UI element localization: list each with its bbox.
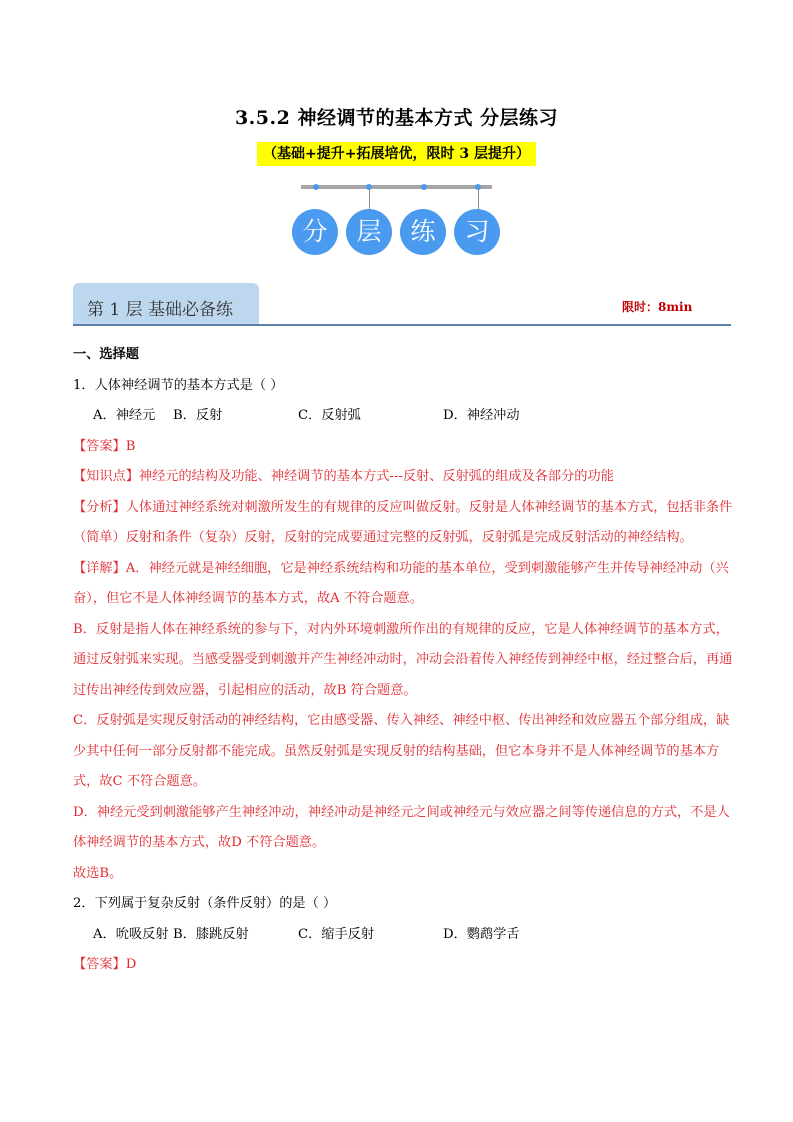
- question-stem: 2．下列属于复杂反射（条件反射）的是（ ）: [73, 889, 733, 920]
- section-heading: 一、选择题: [73, 340, 733, 371]
- knowledge-point: 【知识点】神经元的结构及功能、神经调节的基本方式---反射、反射弧的组成及各部分…: [73, 462, 733, 493]
- conclusion: 故选B。: [73, 859, 733, 890]
- banner-stem: [478, 188, 479, 210]
- banner-circle-lian: 练: [400, 209, 446, 255]
- question-stem: 1．人体神经调节的基本方式是（ ）: [73, 371, 733, 402]
- option-c: C．缩手反射: [298, 920, 443, 951]
- answer: 【答案】B: [73, 432, 733, 463]
- option-a: A．吮吸反射: [93, 920, 173, 951]
- page-title: 3.5.2 神经调节的基本方式 分层练习: [0, 103, 793, 130]
- detail-a: 【详解】A．神经元就是神经细胞，它是神经系统结构和功能的基本单位，受到刺激能够产…: [73, 554, 733, 615]
- banner-circle-fen: 分: [292, 209, 338, 255]
- option-a: A．神经元: [93, 401, 173, 432]
- question-options: A．神经元 B．反射 C．反射弧 D．神经冲动: [73, 401, 733, 432]
- detail-d: D．神经元受到刺激能够产生神经冲动，神经冲动是神经元之间或神经元与效应器之间等传…: [73, 798, 733, 859]
- option-d: D．鹦鹉学舌: [443, 920, 563, 951]
- time-limit: 限时：8min: [622, 298, 692, 315]
- layer-tab-label: 第 1 层 基础必备练: [87, 295, 233, 320]
- banner-circle-ceng: 层: [346, 209, 392, 255]
- option-c: C．反射弧: [298, 401, 443, 432]
- banner-bar: [301, 185, 492, 189]
- option-b: B．膝跳反射: [173, 920, 298, 951]
- question-2: 2．下列属于复杂反射（条件反射）的是（ ） A．吮吸反射 B．膝跳反射 C．缩手…: [73, 889, 733, 981]
- section-divider: [73, 324, 731, 326]
- detail-c: C．反射弧是实现反射活动的神经结构，它由感受器、传入神经、神经中枢、传出神经和效…: [73, 706, 733, 798]
- question-1: 1．人体神经调节的基本方式是（ ） A．神经元 B．反射 C．反射弧 D．神经冲…: [73, 371, 733, 890]
- document-body: 一、选择题 1．人体神经调节的基本方式是（ ） A．神经元 B．反射 C．反射弧…: [73, 340, 733, 981]
- page-subtitle: （基础+提升+拓展培优，限时 3 层提升）: [257, 142, 536, 166]
- layer-tab: 第 1 层 基础必备练: [73, 283, 259, 325]
- question-options: A．吮吸反射 B．膝跳反射 C．缩手反射 D．鹦鹉学舌: [73, 920, 733, 951]
- banner-stem: [369, 188, 370, 210]
- layered-practice-banner: 分 层 练 习: [292, 182, 502, 262]
- option-d: D．神经冲动: [443, 401, 563, 432]
- banner-dot: [313, 184, 319, 190]
- banner-circle-xi: 习: [454, 209, 500, 255]
- analysis: 【分析】人体通过神经系统对刺激所发生的有规律的反应叫做反射。反射是人体神经调节的…: [73, 493, 733, 554]
- option-b: B．反射: [173, 401, 298, 432]
- banner-dot: [421, 184, 427, 190]
- detail-b: B．反射是指人体在神经系统的参与下，对内外环境刺激所作出的有规律的反应，它是人体…: [73, 615, 733, 707]
- answer: 【答案】D: [73, 950, 733, 981]
